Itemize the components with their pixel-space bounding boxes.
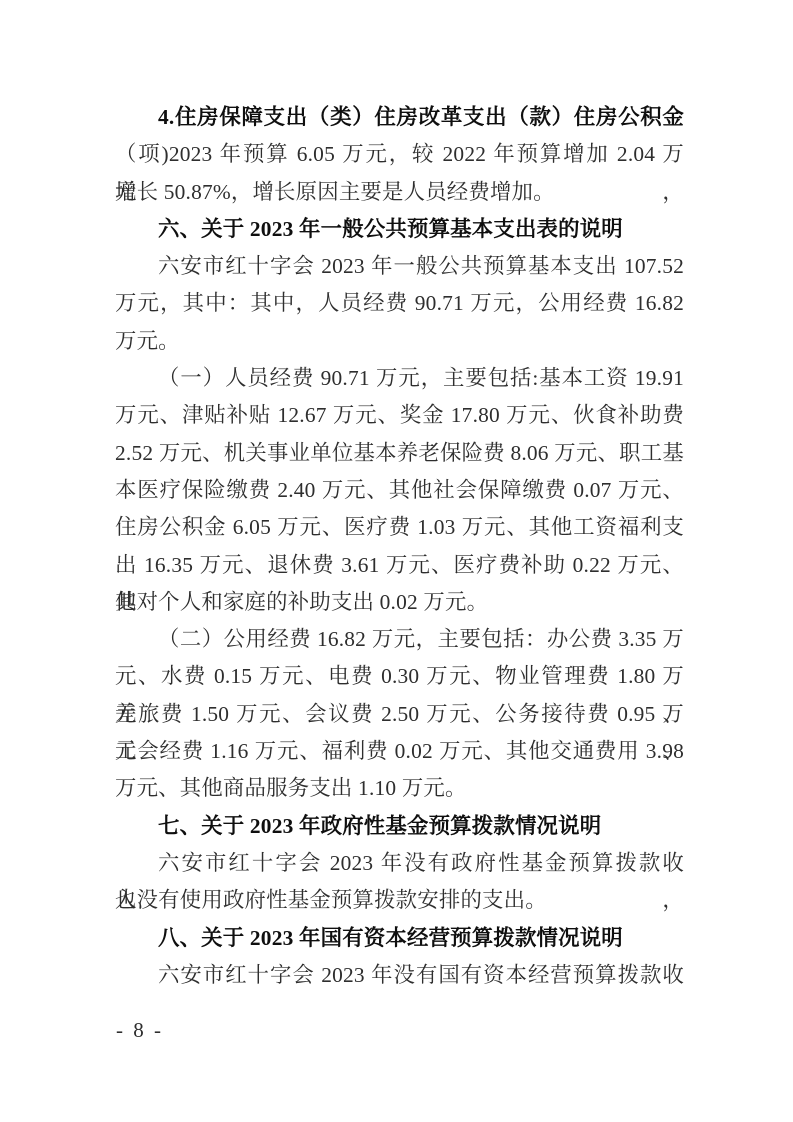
body-line: （二）公用经费 16.82 万元，主要包括：办公费 3.35 万	[115, 621, 684, 658]
body-line: 工会经费 1.16 万元、福利费 0.02 万元、其他交通费用 3.98	[115, 733, 684, 770]
body-line: 六安市红十字会 2023 年没有国有资本经营预算拨款收	[115, 957, 684, 994]
page-content: 4.住房保障支出（类）住房改革支出（款）住房公积金 （项)2023 年预算 6.…	[115, 99, 684, 994]
section-heading: 八、关于 2023 年国有资本经营预算拨款情况说明	[115, 920, 684, 957]
heading-section-8: 八、关于 2023 年国有资本经营预算拨款情况说明	[115, 920, 684, 957]
page-number: - 8 -	[116, 1012, 164, 1049]
para-government-fund: 六安市红十字会 2023 年没有政府性基金预算拨款收入， 也没有使用政府性基金预…	[115, 845, 684, 920]
body-line: 万元，其中：其中，人员经费 90.71 万元，公用经费 16.82	[115, 285, 684, 322]
section-heading: 六、关于 2023 年一般公共预算基本支出表的说明	[115, 211, 684, 248]
para-basic-expenditure-total: 六安市红十字会 2023 年一般公共预算基本支出 107.52 万元，其中：其中…	[115, 248, 684, 360]
para-state-capital: 六安市红十字会 2023 年没有国有资本经营预算拨款收	[115, 957, 684, 994]
body-line: 万元、其他商品服务支出 1.10 万元。	[115, 770, 684, 807]
body-line: 4.住房保障支出（类）住房改革支出（款）住房公积金	[115, 99, 684, 136]
body-line: 他对个人和家庭的补助支出 0.02 万元。	[115, 584, 684, 621]
para-housing-security: 4.住房保障支出（类）住房改革支出（款）住房公积金 （项)2023 年预算 6.…	[115, 99, 684, 211]
body-line: 本医疗保险缴费 2.40 万元、其他社会保障缴费 0.07 万元、	[115, 472, 684, 509]
body-line: 差旅费 1.50 万元、会议费 2.50 万元、公务接待费 0.95 万元、	[115, 696, 684, 733]
body-line: 六安市红十字会 2023 年没有政府性基金预算拨款收入，	[115, 845, 684, 882]
body-line: 万元。	[115, 323, 684, 360]
body-line: 元、水费 0.15 万元、电费 0.30 万元、物业管理费 1.80 万元、	[115, 658, 684, 695]
document-page: 4.住房保障支出（类）住房改革支出（款）住房公积金 （项)2023 年预算 6.…	[0, 0, 793, 1122]
section-heading: 七、关于 2023 年政府性基金预算拨款情况说明	[115, 808, 684, 845]
body-line: （项)2023 年预算 6.05 万元，较 2022 年预算增加 2.04 万元…	[115, 136, 684, 173]
body-line: 2.52 万元、机关事业单位基本养老保险费 8.06 万元、职工基	[115, 435, 684, 472]
body-line: 出 16.35 万元、退休费 3.61 万元、医疗费补助 0.22 万元、其	[115, 547, 684, 584]
body-line: 六安市红十字会 2023 年一般公共预算基本支出 107.52	[115, 248, 684, 285]
body-line: 万元、津贴补贴 12.67 万元、奖金 17.80 万元、伙食补助费	[115, 397, 684, 434]
heading-section-7: 七、关于 2023 年政府性基金预算拨款情况说明	[115, 808, 684, 845]
body-line: 住房公积金 6.05 万元、医疗费 1.03 万元、其他工资福利支	[115, 509, 684, 546]
heading-section-6: 六、关于 2023 年一般公共预算基本支出表的说明	[115, 211, 684, 248]
para-public-funds: （二）公用经费 16.82 万元，主要包括：办公费 3.35 万 元、水费 0.…	[115, 621, 684, 807]
body-line: （一）人员经费 90.71 万元，主要包括:基本工资 19.91	[115, 360, 684, 397]
para-personnel-funds: （一）人员经费 90.71 万元，主要包括:基本工资 19.91 万元、津贴补贴…	[115, 360, 684, 621]
